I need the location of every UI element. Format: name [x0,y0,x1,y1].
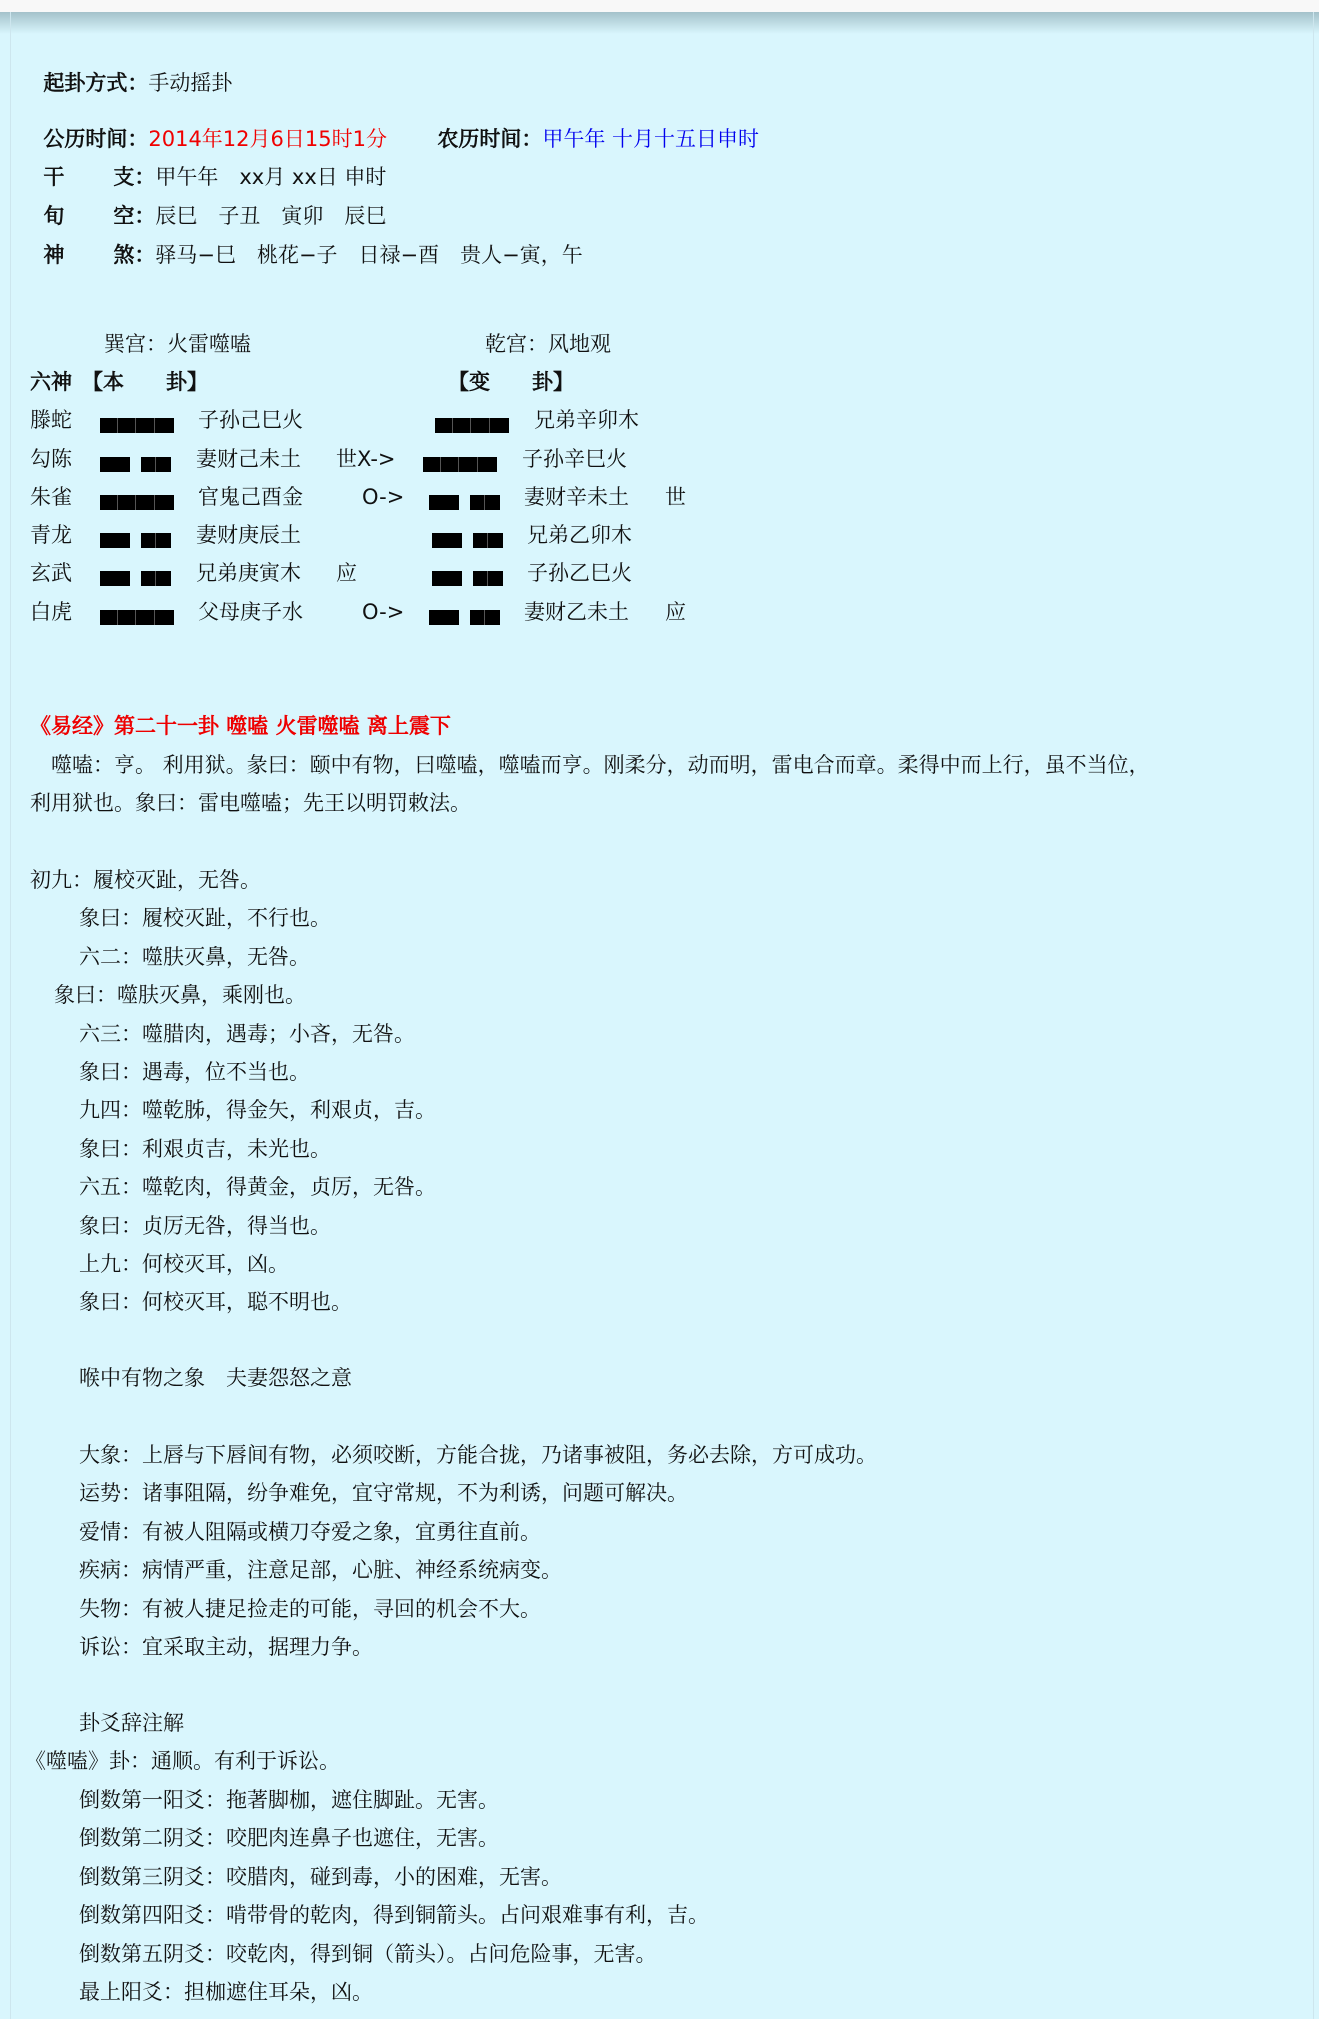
changed-palace: 乾宫：风地观 [485,331,611,357]
six-god-label: 滕蛇 [30,407,72,433]
yao-line: 象曰：遇毒，位不当也。 [79,1059,310,1085]
interpretation-line: 爱情：有被人阻隔或横刀夺爱之象，宜勇往直前。 [79,1519,541,1545]
method-row: 起卦方式：手动摇卦 [30,44,232,96]
six-god-label: 玄武 [30,560,72,586]
yao-line: 六五：噬乾肉，得黄金，贞厉，无咎。 [79,1174,436,1200]
app-bar-shadow [0,12,1319,34]
lunar-time-label: 农历时间： [437,127,542,151]
col-liushen: 六神 [30,369,72,395]
yin-line-right-icon [141,533,171,548]
main-line-text: 妻财庚辰土 [196,522,301,548]
shensha-label-1: 神 [43,242,113,268]
yin-line-left-icon [100,571,130,586]
interpretation-line: 失物：有被人捷足捡走的可能，寻回的机会不大。 [79,1596,541,1622]
note-line: 最上阳爻：担枷遮住耳朵，凶。 [79,1979,373,2005]
lunar-time-value: 甲午年 十月十五日申时 [542,127,759,151]
changed-line-text: 兄弟辛卯木 [534,407,639,433]
six-god-label: 青龙 [30,522,72,548]
method-value: 手动摇卦 [148,71,232,95]
yang-line-icon [100,610,174,625]
shensha-label-2: 煞： [113,243,155,267]
top-app-bar [0,0,1319,12]
shi-ying-mark: 应 [336,560,357,586]
yang-line-icon [435,418,509,433]
yijing-title: 《易经》第二十一卦 噬嗑 火雷噬嗑 离上震下 [30,713,451,739]
yao-line: 六三：噬腊肉，遇毒；小吝，无咎。 [79,1021,415,1047]
shi-ying-mark: 世X-> [336,446,396,472]
six-god-label: 朱雀 [30,484,72,510]
yin-line-left-icon [432,571,462,586]
yang-line-icon [100,495,174,510]
main-line-text: 父母庚子水 [198,599,303,625]
interpretation-line: 运势：诸事阻隔，纷争难免，宜守常规，不为利诱，问题可解决。 [79,1480,688,1506]
image-summary: 喉中有物之象 夫妻怨怒之意 [79,1365,352,1391]
yin-line-right-icon [473,571,503,586]
col-main-hexagram: 【本 卦】 [82,369,208,395]
yin-line-left-icon [100,457,130,472]
yao-line: 象曰：噬肤灭鼻，乘刚也。 [54,982,306,1008]
yijing-intro-1: 噬嗑：亨。 利用狱。彖曰：颐中有物，曰噬嗑，噬嗑而亨。刚柔分，动而明，雷电合而章… [30,752,1150,778]
main-line-text: 官鬼己酉金 [198,484,303,510]
changed-line-text: 子孙辛巳火 [522,446,627,472]
method-label: 起卦方式： [43,71,148,95]
yin-line-right-icon [141,457,171,472]
interpretation-line: 大象：上唇与下唇间有物，必须咬断，方能合拢，乃诸事被阻，务必去除，方可成功。 [79,1442,877,1468]
content-right-border [1313,12,1314,2019]
changed-line-text: 兄弟乙卯木 [527,522,632,548]
yijing-intro-2: 利用狱也。象曰：雷电噬嗑；先王以明罚敕法。 [30,790,471,816]
main-palace: 巽宫：火雷噬嗑 [104,331,251,357]
main-line-text: 兄弟庚寅木 [196,560,301,586]
yin-line-right-icon [470,495,500,510]
notes-heading: 卦爻辞注解 [79,1710,184,1736]
moving-line-mark: O-> [362,484,404,510]
note-line: 倒数第一阳爻：拖著脚枷，遮住脚趾。无害。 [79,1787,499,1813]
changed-line-text: 妻财乙未土 [524,599,629,625]
interpretation-line: 疾病：病情严重，注意足部，心脏、神经系统病变。 [79,1557,562,1583]
yao-line: 六二：噬肤灭鼻，无咎。 [79,944,310,970]
six-god-label: 勾陈 [30,446,72,472]
yin-line-right-icon [141,571,171,586]
yao-line: 象曰：履校灭趾，不行也。 [79,905,331,931]
note-line: 倒数第二阴爻：咬肥肉连鼻子也遮住，无害。 [79,1825,499,1851]
moving-line-mark: O-> [362,599,404,625]
six-god-label: 白虎 [30,599,72,625]
main-line-text: 子孙己巳火 [198,407,303,433]
col-changed-hexagram: 【变 卦】 [448,369,574,395]
yin-line-right-icon [473,533,503,548]
changed-shi-ying-mark: 世 [665,484,686,510]
note-line: 倒数第四阳爻：啃带骨的乾肉，得到铜箭头。占问艰难事有利，吉。 [79,1902,709,1928]
yin-line-right-icon [470,610,500,625]
yang-line-icon [423,457,497,472]
yang-line-icon [100,418,174,433]
lunar-time-row: 农历时间：甲午年 十月十五日申时 [424,100,759,152]
content-left-border [10,12,11,2019]
interpretation-line: 诉讼：宜采取主动，据理力争。 [79,1634,373,1660]
notes-summary: 《噬嗑》卦：通顺。有利于诉讼。 [25,1748,340,1774]
yin-line-left-icon [432,533,462,548]
yao-line: 象曰：贞厉无咎，得当也。 [79,1213,331,1239]
yao-line: 象曰：利艰贞吉，未光也。 [79,1136,331,1162]
yao-line: 初九：履校灭趾，无咎。 [30,867,261,893]
note-line: 倒数第三阴爻：咬腊肉，碰到毒，小的困难，无害。 [79,1864,562,1890]
yin-line-left-icon [429,610,459,625]
note-line: 倒数第五阴爻：咬乾肉，得到铜（箭头）。占问危险事，无害。 [79,1941,657,1967]
yao-line: 象曰：何校灭耳，聪不明也。 [79,1289,352,1315]
changed-shi-ying-mark: 应 [665,599,686,625]
yao-line: 九四：噬乾胏，得金矢，利艰贞，吉。 [79,1097,436,1123]
shensha-value: 驿马−巳 桃花−子 日禄−酉 贵人−寅，午 [155,243,582,267]
changed-line-text: 妻财辛未土 [524,484,629,510]
yin-line-left-icon [100,533,130,548]
yin-line-left-icon [429,495,459,510]
yao-line: 上九：何校灭耳，凶。 [79,1251,289,1277]
main-line-text: 妻财己未土 [196,446,301,472]
changed-line-text: 子孙乙巳火 [527,560,632,586]
shensha-row: 神煞：驿马−巳 桃花−子 日禄−酉 贵人−寅，午 [30,216,583,268]
